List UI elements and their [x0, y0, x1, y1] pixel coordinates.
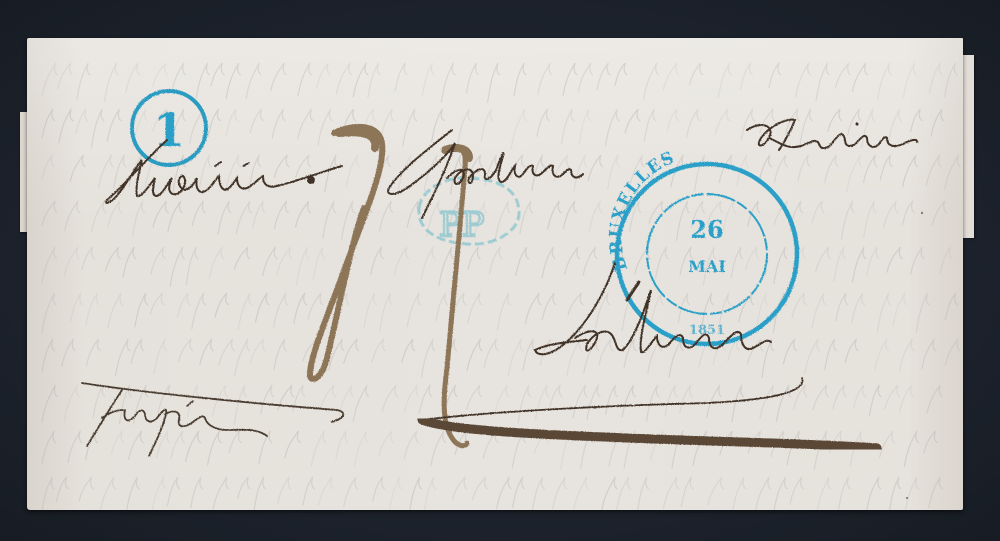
datestamp-month: MAI	[688, 257, 726, 276]
paper-blemish	[906, 497, 908, 499]
folded-letter: PP 1 BRUXELLES 26 MAI 1851	[27, 38, 963, 510]
paper-blemish	[921, 212, 923, 214]
bruxelles-datestamp: BRUXELLES 26 MAI 1851	[606, 148, 797, 344]
postage-due-72	[310, 127, 469, 446]
thick-underline-stroke	[422, 420, 877, 448]
datestamp-day: 26	[690, 215, 723, 244]
circle-one-marking: 1	[132, 91, 206, 165]
